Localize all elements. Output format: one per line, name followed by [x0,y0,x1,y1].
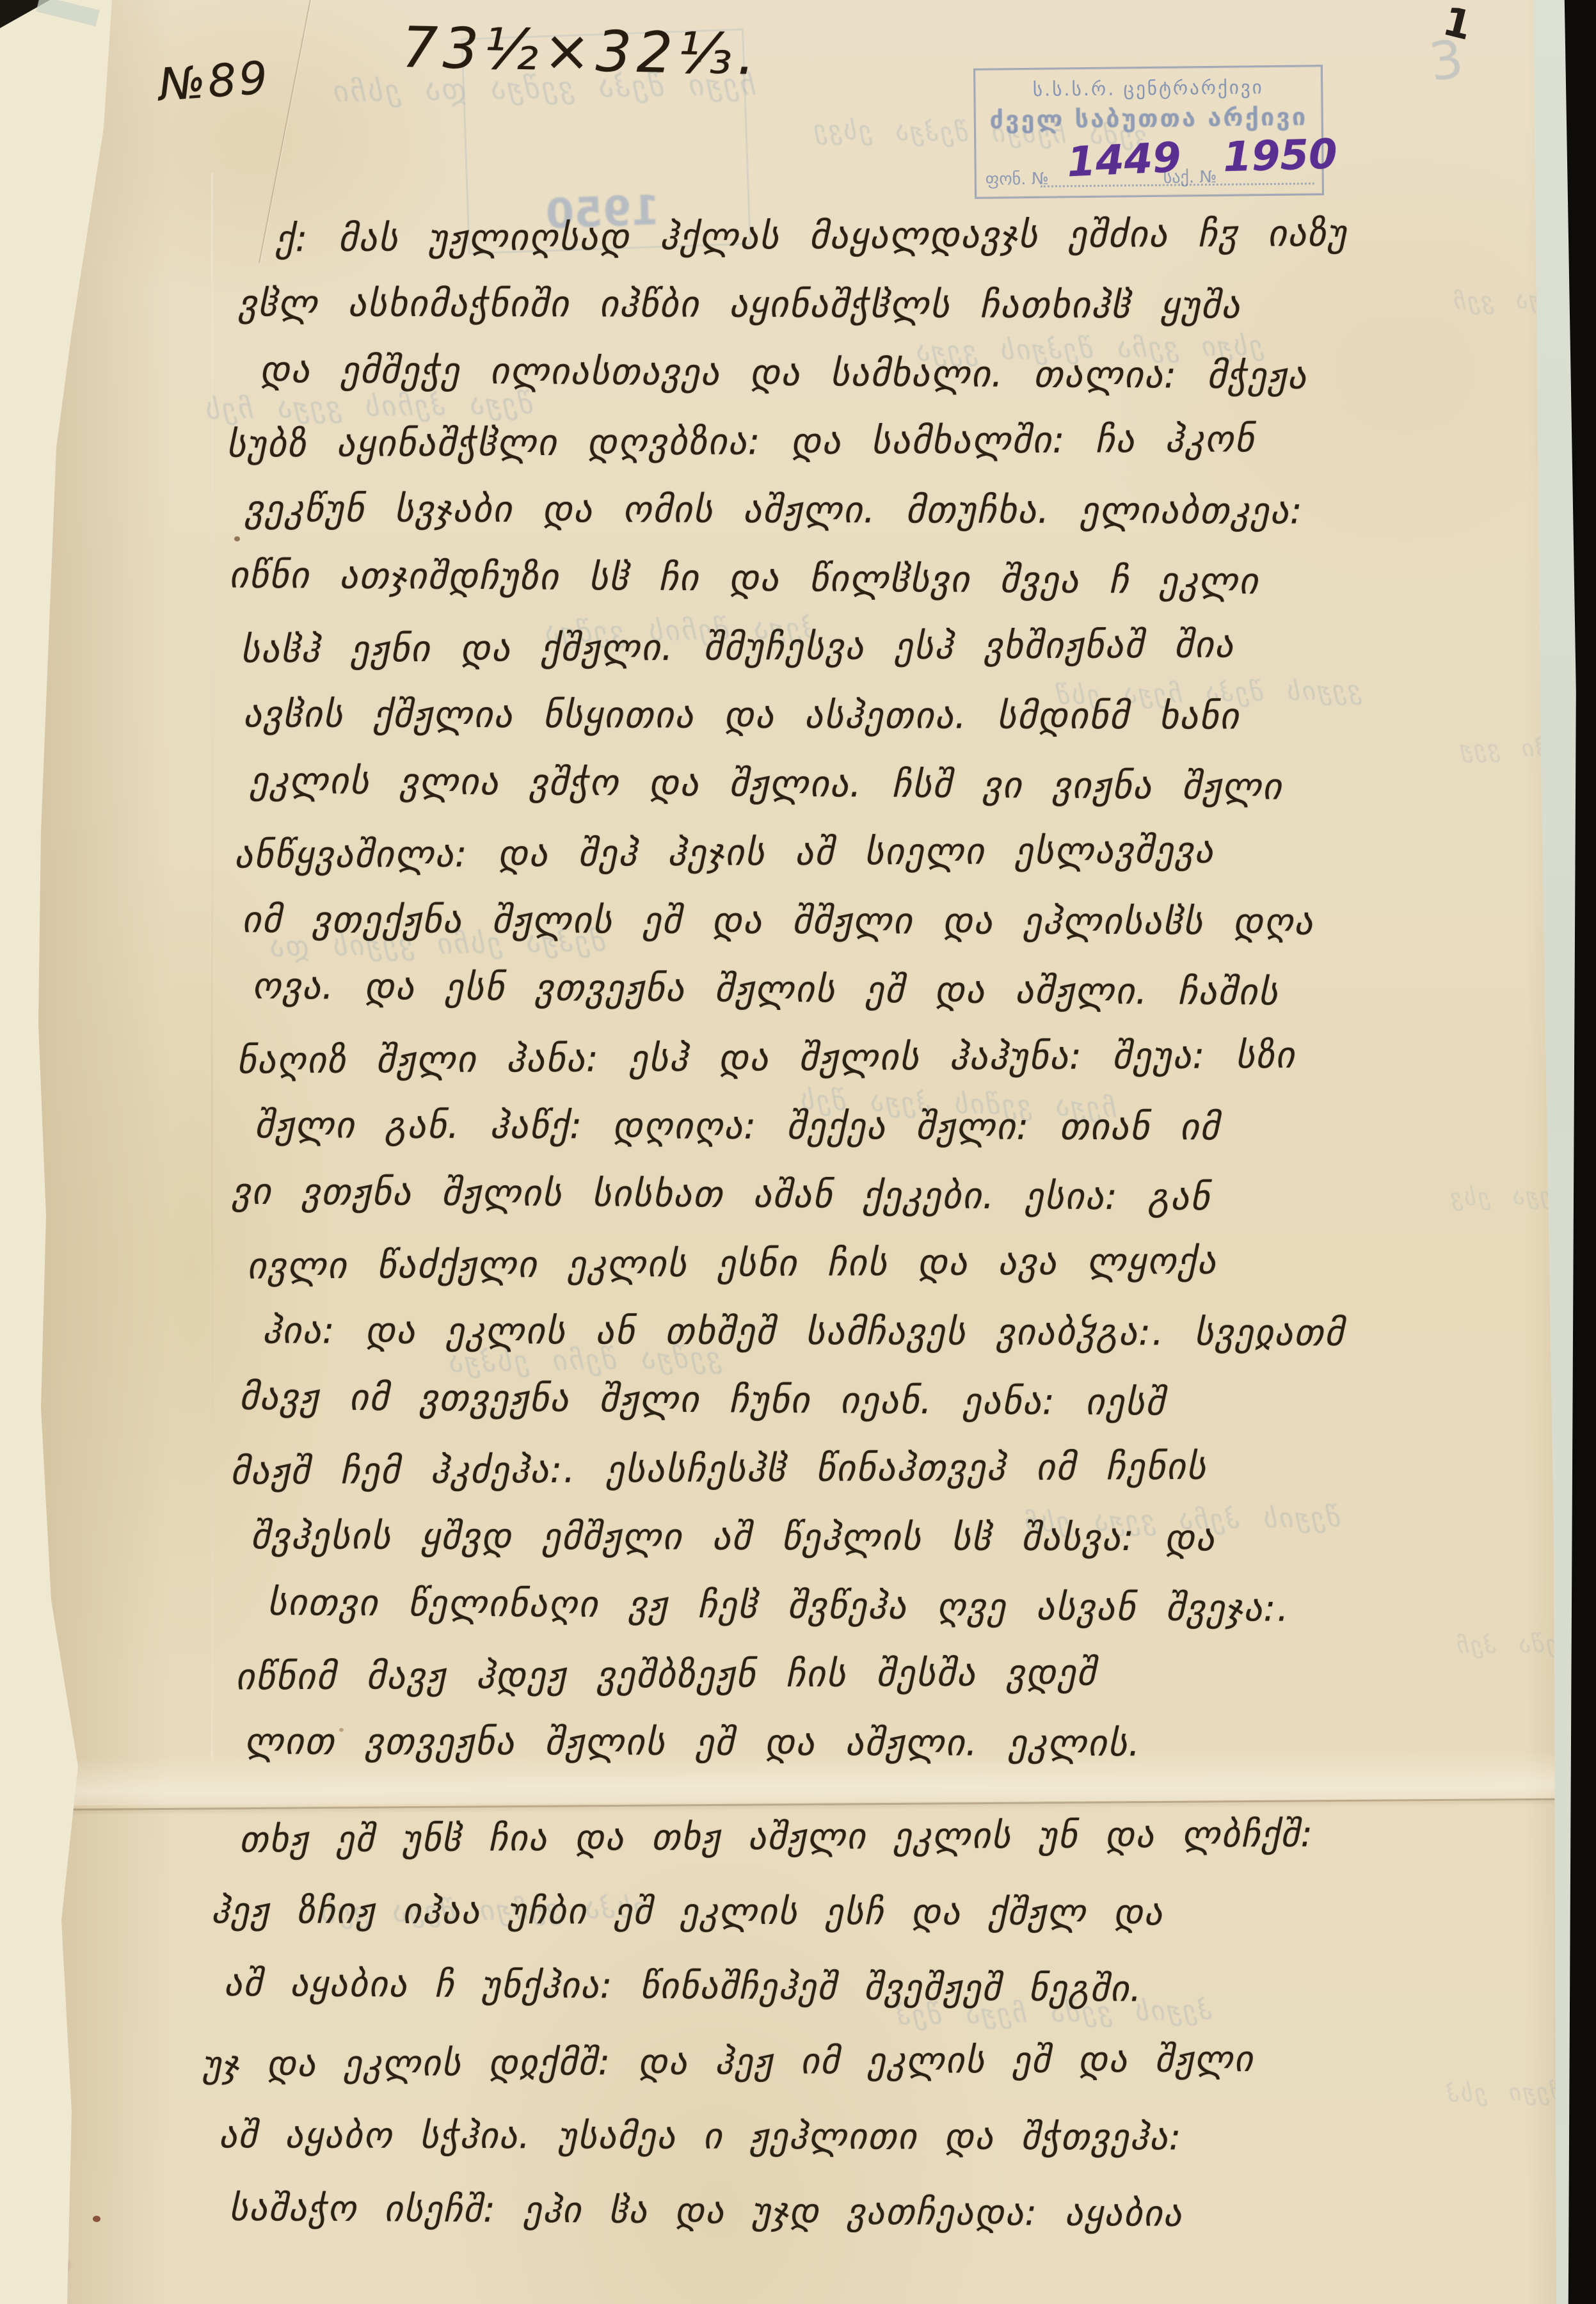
manuscript-line: ვეკწუნ სვჯაბი და ომის აშჟლი. მთუჩხა. ელი… [244,475,1348,546]
torn-edge-shadow [35,0,195,2304]
manuscript-line: იწნი ათჯიშდჩუზი სჱ ჩი და წილჱსვი შვეა ჩ … [229,541,1348,617]
text-block-upper: ქ: მას უჟლიღსად ჰქლას მაყალდავჯს ეშძია ჩ… [248,202,1347,1777]
stamp-number-row: ფონ. № საქ. № 1449 1950 [976,151,1322,197]
manuscript-line: ქ: მას უჟლიღსად ჰქლას მაყალდავჯს ეშძია ჩ… [275,200,1348,274]
manuscript-line: თხჟ ეშ უნჱ ჩია და თხჟ აშჟლი ეკლის უნ და … [239,1797,1314,1878]
stain-spot [51,2258,70,2273]
manuscript-line: ოვა. და ესნ ვთვეჟნა შჟლის ეშ და აშჟლი. ჩ… [252,952,1348,1027]
manuscript-line: სუბზ აყინაშჭჱლი დღვბზია: და სამხალში: ჩა… [227,404,1348,479]
manuscript-line: აშ აყაბია ჩ უნქჰია: წინაშჩეჰეშ შვეშჟეშ ნ… [224,1946,1314,2028]
scanned-manuscript: { "header": { "archive_no": "№89", "size… [0,0,1596,2304]
manuscript-line: და ემშეჭე ილიასთავეა და სამხალი. თალია: … [260,336,1348,411]
stamp-subtitle-line: ძველ საბუთთა არქივი [976,102,1321,134]
dimensions-annotation: 73½×32⅓. [401,14,761,88]
manuscript-line: შვჰესის ყშვდ ემშჟლი აშ წეჰლის სჱ შასვა: … [251,1502,1348,1573]
stamp-fond-label: ფონ. № [986,170,1049,189]
manuscript-line: ივლი წაძქჟლი ეკლის ესნი ჩის და ავა ლყოქა [247,1226,1348,1300]
ink-speck [93,2216,100,2222]
manuscript-line: ეკლის ვლია ვშჭო და შჟლია. ჩსშ ვი ვიჟნა შ… [250,747,1348,822]
manuscript-line: ვი ვთჟნა შჟლის სისხათ აშან ქეკები. ესია:… [232,1158,1348,1233]
manuscript-line: მავჟ იმ ვთვეჟნა შჟლი ჩუნი იეან. ეანა: იე… [239,1363,1348,1439]
manuscript-page: 1950 ჩეჟი შეჰა ვეშჟა და ესჩი ვეშა ჩესჟი … [0,0,1596,2304]
stamp-title-line: ს.ს.ს.რ. ცენტრარქივი [975,76,1321,101]
archive-stamp: ს.ს.ს.რ. ცენტრარქივი ძველ საბუთთა არქივი… [973,65,1324,199]
manuscript-line: იმ ვთექჟნა შჟლის ეშ და შშჟლი და ეჰლისაჱს… [242,886,1348,957]
manuscript-line: ჰეჟ ზჩიჟ იჰაა უჩბი ეშ ეკლის ესჩ და ქშჟლ … [211,1873,1314,1951]
manuscript-line: მაჟშ ჩემ ჰკძეჰა:. ესასჩესჰჱ წინაჰთვეჰ იმ… [230,1432,1348,1506]
manuscript-line: სითვი წელინაღი ვჟ ჩეჱ შვწეჰა ღვე ასვან შ… [267,1569,1348,1644]
manuscript-line: აშ აყაბო სჭჰია. უსამეა ი ჟეჰლითი და შჭთვ… [219,2098,1314,2175]
manuscript-line: ავჱის ქშჟლია ნსყითია და ასჰეთია. სმდინმ … [243,680,1348,751]
manuscript-line: ვჱლ ასხიმაჭნიში იჰწბი აყინაშჭჱლს ჩათხიჰჱ… [238,269,1348,340]
manuscript-line: შჟლი გან. ჰაწქ: დღიღა: შექეა შჟლი: თიან … [255,1091,1348,1162]
ghost-margin-scribble: შეჟი ესჰ [1446,2079,1564,2107]
archive-number-annotation: №89 [157,51,271,111]
manuscript-line: ანწყვაშილა: და შეჰ ჰეჯის აშ სიელი ესლავშ… [234,815,1348,890]
manuscript-line: ლით ვთვეჟნა შჟლის ეშ და აშჟლი. ეკლის. [244,1708,1348,1779]
manuscript-line: იწნიმ მავჟ ჰდეჟ ვეშბზეჟნ ჩის შესშა ვდეშ [235,1637,1348,1711]
manuscript-line: ნაღიზ შჟლი ჰანა: ესჰ და შჟლის ჰაჰუნა: შე… [237,1021,1348,1095]
stamp-case-number: 1950 [1222,131,1337,181]
manuscript-line: უჯ და ეკლის დჲქმშ: და ჰეჟ იმ ეკლის ეშ და… [202,2021,1314,2102]
text-block-lower: თხჟ ეშ უნჱ ჩია და თხჟ აშჟლი ეკლის უნ და … [228,1800,1314,2249]
manuscript-line: საშაჭო ისეჩშ: ეჰი ჱა და უჯდ ვათჩეადა: აყ… [229,2171,1314,2252]
manuscript-line: ჰია: და ეკლის ან თხშეშ სამჩავეს ვიაბჴგა:… [262,1297,1348,1368]
stamp-fond-number: 1449 [1066,134,1182,186]
manuscript-line: საჱჰ ეჟნი და ქშჟლი. შმუჩესვა ესჰ ვხშიჟნა… [241,610,1348,684]
